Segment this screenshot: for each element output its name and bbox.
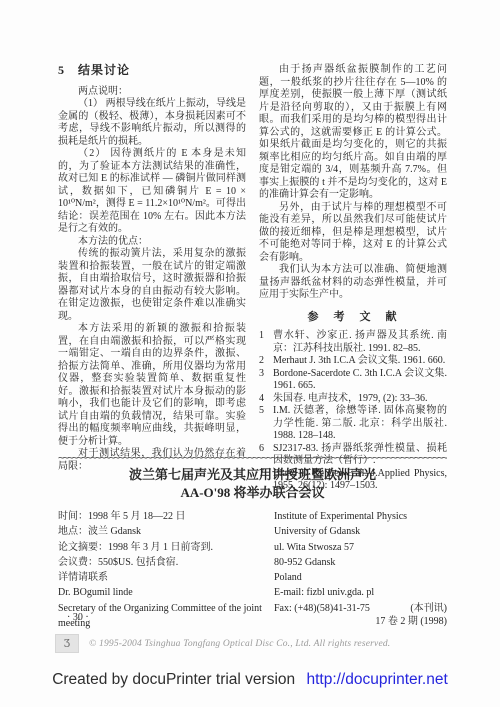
reference-item: 1 曹水轩、沙家正. 扬声器及其系统. 南京：江苏科技出版社. 1991. 82… — [259, 330, 447, 355]
reference-number: 4 — [259, 393, 273, 406]
reference-text: 朱国春. 电声技术，1979, (2): 33–36. — [273, 393, 447, 406]
paragraph: （1） 两根导线在纸片上振动，导线是金属的（极轻、极薄），本身损耗因素可不考虑，… — [58, 98, 246, 148]
address-line: 80-952 Gdansk — [274, 555, 447, 570]
paragraph: 另外，由于试片与棒的理想模型不可能没有差异，所以虽然我们尽可能使试片做的接近细棒… — [259, 202, 447, 265]
copyright-text: © 1995-2004 Tsinghua Tongfang Optical Di… — [89, 639, 390, 649]
announcement-line: 详情请联系 — [58, 570, 274, 585]
address-line: Poland — [274, 570, 447, 585]
paragraph: （2） 因待测纸片的 E 本身是未知的，为了验证本方法测试结果的准确性，故对已知… — [58, 148, 246, 236]
paragraph: 由于扬声器纸盆振膜制作的工艺问题，一般纸浆的抄片往往存在 5—10% 的厚度差别… — [259, 64, 447, 202]
docuprinter-banner: Created by docuPrinter trial version htt… — [0, 671, 500, 689]
reference-text: 曹水轩、沙家正. 扬声器及其系统. 南京：江苏科技出版社. 1991. 82–8… — [273, 330, 447, 355]
section-heading: 5 结果讨论 — [58, 64, 246, 77]
announcement-line: Dr. BOgumil linde — [58, 585, 274, 600]
reference-item: 4 朱国春. 电声技术，1979, (2): 33–36. — [259, 393, 447, 406]
reference-number: 5 — [259, 405, 273, 443]
references-heading: 参 考 文 献 — [259, 311, 447, 324]
page-number: · 30 · — [58, 612, 89, 627]
address-line: ul. Wita Stwosza 57 — [274, 540, 447, 555]
reference-text: Merhaut J. 3th I.C.A 会议文集. 1961. 660. — [273, 355, 447, 368]
issue-label: 17 卷 2 期 (1998) — [375, 612, 447, 627]
address-line: University of Gdansk — [274, 524, 447, 539]
journal-page: 5 结果讨论 两点说明： （1） 两根导线在纸片上振动，导线是金属的（极轻、极薄… — [0, 0, 500, 707]
reference-item: 3 Bordone-Sacerdote C. 3th I.C.A 会议文集. 1… — [259, 368, 447, 393]
reference-text: Bordone-Sacerdote C. 3th I.C.A 会议文集. 196… — [273, 368, 447, 393]
reference-number: 1 — [259, 330, 273, 355]
reference-item: 5 I.M. 沃德著，徐懋等译. 固体高聚物的力学性能. 第二版. 北京：科学出… — [259, 405, 447, 443]
announcement-title-line1: 波兰第七届声光及其应用讲授班暨欧洲声光 — [58, 466, 447, 484]
wavy-divider — [58, 453, 447, 462]
announcement-line: 时间：1998 年 5 月 18—22 日 — [58, 509, 274, 524]
paragraph: 本方法采用的新颖的激振和拾振装置，在自由端激振和拾振，可以严格实现一端钳定、一端… — [58, 323, 246, 448]
reference-number: 2 — [259, 355, 273, 368]
address-line: Institute of Experimental Physics — [274, 509, 447, 524]
announcement-line: 地点：波兰 Gdansk — [58, 524, 274, 539]
paragraph: 两点说明： — [58, 86, 246, 99]
reference-number: 3 — [259, 368, 273, 393]
right-column: 由于扬声器纸盆振膜制作的工艺问题，一般纸浆的抄片往往存在 5—10% 的厚度差别… — [259, 64, 447, 493]
page-footer-row: · 30 · 17 卷 2 期 (1998) — [58, 612, 447, 627]
announcement-section: 波兰第七届声光及其应用讲授班暨欧洲声光 AA-O'98 将举办联合会议 时间：1… — [58, 466, 447, 631]
copyright-row: Ӡ © 1995-2004 Tsinghua Tongfang Optical … — [55, 634, 390, 653]
cnki-logo-icon: Ӡ — [55, 634, 79, 653]
docuprinter-link[interactable]: http://docuprinter.net — [306, 671, 447, 688]
left-column: 5 结果讨论 两点说明： （1） 两根导线在纸片上振动，导线是金属的（极轻、极薄… — [58, 64, 246, 493]
address-line: E-mail: fizbl univ.gda. pl — [274, 585, 447, 600]
paragraph: 传统的振动簧片法，采用复杂的激振装置和拾振装置，一般在试片的钳定端激振，自由端拾… — [58, 248, 246, 323]
paragraph: 本方法的优点： — [58, 236, 246, 249]
paragraph: 我们认为本方法可以准确、简便地测量扬声器纸盆材料的动态弹性模量，并可应用于实际生… — [259, 264, 447, 302]
banner-text: Created by docuPrinter trial version — [52, 671, 295, 688]
announcement-line: 论文摘要：1998 年 3 月 1 日前寄到. — [58, 540, 274, 555]
reference-text: I.M. 沃德著，徐懋等译. 固体高聚物的力学性能. 第二版. 北京：科学出版社… — [273, 405, 447, 443]
two-column-text: 5 结果讨论 两点说明： （1） 两根导线在纸片上振动，导线是金属的（极轻、极薄… — [58, 64, 447, 493]
announcement-line: 会议费：550$US. 包括食宿. — [58, 555, 274, 570]
reference-item: 2 Merhaut J. 3th I.C.A 会议文集. 1961. 660. — [259, 355, 447, 368]
announcement-title-line2: AA-O'98 将举办联合会议 — [58, 484, 447, 502]
